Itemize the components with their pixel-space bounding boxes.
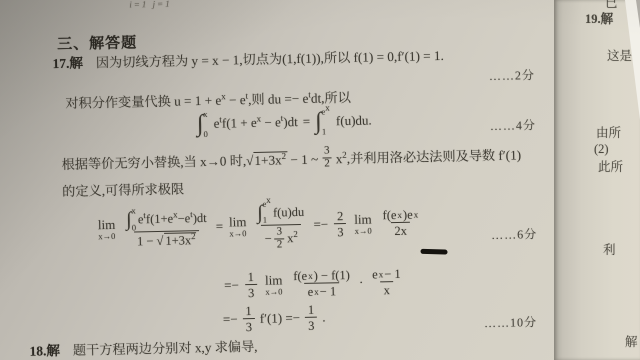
fraction-three-halves: 32	[274, 226, 284, 250]
equals-sign: =	[216, 219, 224, 235]
limit-equation-row-3: =− 13 f′(1) =− 13 .	[223, 300, 326, 336]
fraction-B: ∫ ex1 f(u)du − 32 x2	[254, 200, 308, 251]
right-page-fragment: 由所	[596, 123, 621, 141]
book-photo: i=1 j=1 三、解答题 17.解因为切线方程为 y = x − 1,切点为(…	[0, 0, 640, 360]
limit-operator: limx→0	[98, 218, 116, 241]
right-page-fragment: 解	[625, 332, 638, 350]
integral-2: ∫ ex1	[315, 107, 330, 135]
equals-minus: =−	[224, 277, 239, 293]
fraction-two-thirds: 23	[334, 209, 347, 240]
integral-1: ∫ x0	[197, 110, 208, 138]
integral-2-body: f(u)du.	[336, 112, 372, 129]
integral-2-lower-bound: 1	[322, 126, 330, 136]
cropped-summation-fragment: i=1 j=1	[129, 0, 172, 10]
score-annotation-2pts: ……2分	[489, 66, 535, 84]
problem-17-label: 17.解	[52, 56, 83, 72]
equiv-line-post: x2,并利用洛必达法则及导数 f′(1)	[335, 144, 521, 167]
equals-sign: =	[303, 114, 311, 130]
problem-18-line: 18.解题干方程两边分别对 x,y 求偏导,	[29, 335, 257, 360]
score-annotation-6pts: ……6分	[491, 225, 537, 243]
right-page-fragment: (2)	[594, 142, 609, 157]
fraction-A: ∫ x0 etf(1+ex−et)dt 1 − √1+3x2	[123, 206, 210, 250]
integral-1-body: etf(1 + ex − et)dt	[213, 114, 297, 132]
limit-operator: limx→0	[265, 273, 283, 296]
fraction-three-halves: 32	[322, 145, 332, 169]
limit-operator: limx→0	[354, 212, 372, 235]
fraction-one-third: 13	[305, 302, 318, 333]
right-page-fragment: 这是	[607, 46, 632, 64]
period: .	[322, 309, 326, 325]
fraction-one-third: 13	[242, 304, 255, 335]
score-annotation-4pts: ……4分	[490, 116, 536, 134]
problem-18-label: 18.解	[29, 343, 60, 359]
integral-1: ∫ x0	[126, 208, 136, 232]
fraction-D: f(ex) − f(1)ex − 1	[290, 268, 353, 300]
integral-2: ∫ ex1	[257, 201, 271, 225]
integral-2-upper-bound: ex	[321, 106, 329, 116]
problem-19-label: 19.解	[585, 9, 613, 27]
equals-minus: =−	[313, 216, 328, 232]
equals-minus: =−	[223, 311, 238, 327]
left-page: i=1 j=1 三、解答题 17.解因为切线方程为 y = x − 1,切点为(…	[0, 0, 640, 360]
equivalent-infinitesimal-line: 根据等价无穷小替换,当 x→0 时,√1+3x2 − 1 ~ 32 x2,并利用…	[61, 137, 521, 179]
right-page-fragment: 此所	[598, 157, 623, 175]
problem-17-solution-text: 因为切线方程为 y = x − 1,切点为(1,f(1)),所以 f(1) = …	[96, 48, 444, 70]
score-annotation-10pts: ……10分	[484, 313, 537, 331]
right-page-fragment: 利	[603, 240, 616, 258]
integral-1-upper-bound: x	[203, 109, 207, 119]
right-page-edge: 已 19.解 这是 由所 (2) 此所 利 解	[554, 0, 640, 360]
limit-equation-row-1: limx→0 ∫ x0 etf(1+ex−et)dt 1 − √1+3x2 = …	[95, 190, 424, 261]
fraction-E: ex − 1x	[369, 266, 404, 297]
fraction-C: f(ex)ex2x	[379, 207, 421, 239]
integral-1-lower-bound: 0	[203, 129, 207, 139]
fraction-one-third: 13	[245, 270, 258, 301]
problem-18-solution-text: 题干方程两边分别对 x,y 求偏导,	[73, 339, 258, 358]
limit-operator: limx→0	[229, 215, 247, 238]
integral-equation: ∫ x0 etf(1 + ex − et)dt = ∫ ex1 f(u)du.	[196, 102, 372, 142]
equiv-line-pre: 根据等价无穷小替换,当 x→0 时,√1+3x2 − 1 ~	[61, 148, 318, 172]
multiplication-dot: ·	[359, 275, 364, 291]
pen-underline-mark	[420, 249, 447, 255]
derivative-result: f′(1) =−	[260, 310, 301, 327]
